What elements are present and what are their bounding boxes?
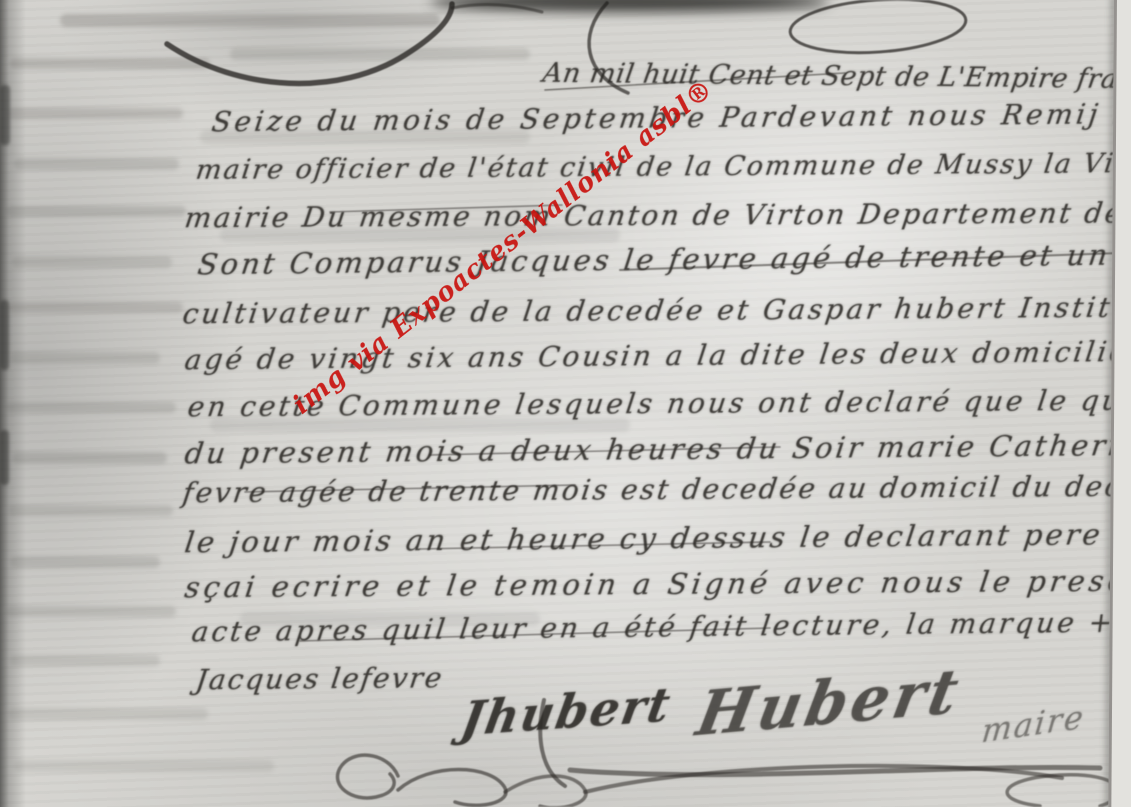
left-edge-mark: [0, 300, 9, 370]
manuscript-line-6: cultivateur pere de la decedée et Gaspar…: [181, 290, 1131, 330]
manuscript-line-4: mairie Du mesme nom Canton de Virton Dep…: [183, 195, 1131, 234]
left-edge-mark: [0, 430, 9, 485]
manuscript-line-12: sçai ecrire et le temoin a Signé avec no…: [183, 563, 1131, 604]
bottom-loop-flourish: [398, 770, 506, 806]
bottom-loop-flourish: [505, 776, 586, 807]
manuscript-line-10: fevre agée de trente mois est decedée au…: [181, 469, 1131, 509]
bottom-spiral-flourish: [338, 755, 398, 798]
manuscript-line-3: maire officier de l'état civil de la Com…: [194, 148, 1131, 186]
left-edge-mark: [0, 85, 10, 145]
top-swash-stroke: [167, 4, 452, 83]
manuscript-line-14: Jacques lefevre: [194, 661, 446, 696]
bottom-sweep-flourish: [585, 766, 1062, 792]
top-right-oval-flourish: [788, 0, 967, 58]
manuscript-scan: An mil huit Cent et Sept de L'Empire fra…: [0, 0, 1131, 807]
